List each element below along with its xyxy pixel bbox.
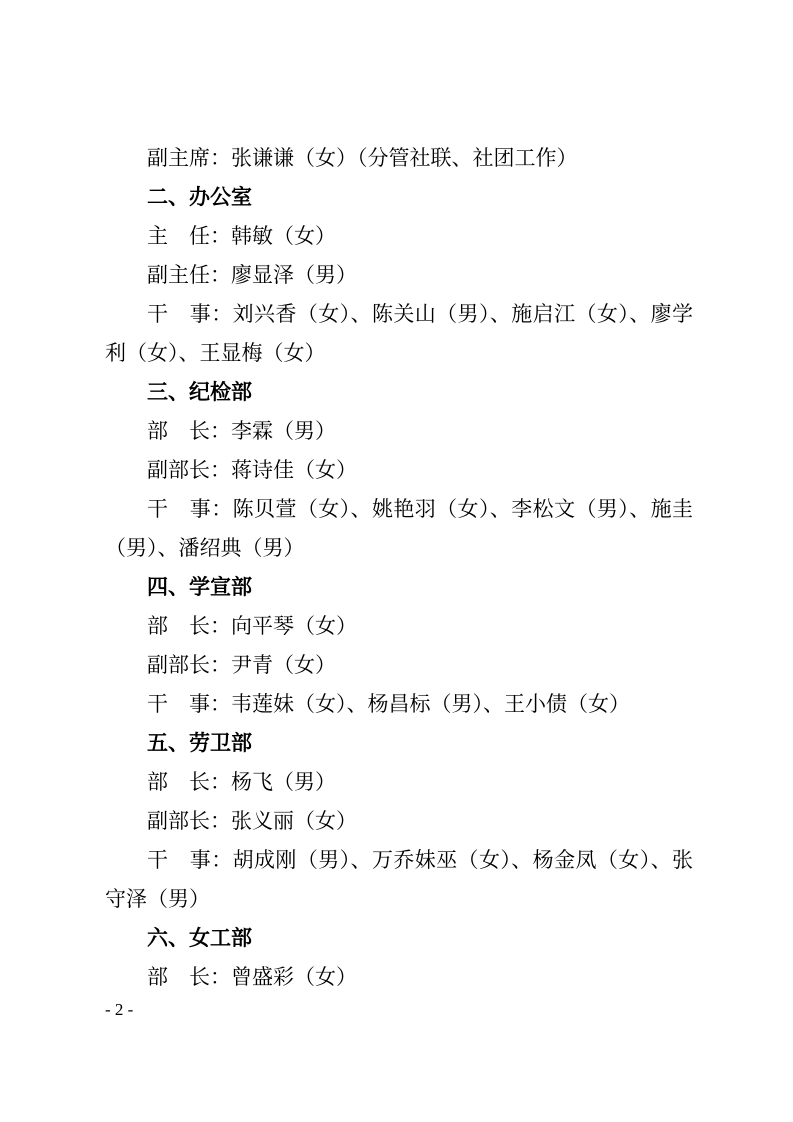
roster-line-discipline-staff: 干 事：陈贝萱（女）、姚艳羽（女）、李松文（男）、施圭（男）、潘绍典（男） (105, 490, 693, 568)
roster-line-discipline-chief: 部 长：李霖（男） (105, 412, 693, 451)
page-number: - 2 - (105, 998, 133, 1022)
document-body: 副主席：张谦谦（女）（分管社联、社团工作） 二、办公室 主 任：韩敏（女） 副主… (105, 139, 693, 997)
section-heading-study-publicity: 四、学宣部 (105, 568, 693, 607)
roster-line-women-workers-chief: 部 长：曾盛彩（女） (105, 958, 693, 997)
roster-line-labor-health-deputy-chief: 副部长：张义丽（女） (105, 802, 693, 841)
section-heading-office: 二、办公室 (105, 178, 693, 217)
roster-line-discipline-deputy-chief: 副部长：蒋诗佳（女） (105, 451, 693, 490)
roster-line-office-staff: 干 事：刘兴香（女）、陈关山（男）、施启江（女）、廖学利（女）、王显梅（女） (105, 295, 693, 373)
section-heading-women-workers: 六、女工部 (105, 919, 693, 958)
roster-line-labor-health-staff: 干 事：胡成刚（男）、万乔妹巫（女）、杨金凤（女）、张守泽（男） (105, 841, 693, 919)
roster-line-study-publicity-deputy-chief: 副部长：尹青（女） (105, 646, 693, 685)
document-page: 副主席：张谦谦（女）（分管社联、社团工作） 二、办公室 主 任：韩敏（女） 副主… (0, 0, 793, 1122)
section-heading-discipline: 三、纪检部 (105, 373, 693, 412)
section-heading-labor-health: 五、劳卫部 (105, 724, 693, 763)
roster-line-office-deputy-director: 副主任：廖显泽（男） (105, 256, 693, 295)
paragraph-vice-chairman: 副主席：张谦谦（女）（分管社联、社团工作） (105, 139, 693, 178)
roster-line-study-publicity-staff: 干 事：韦莲妹（女）、杨昌标（男）、王小债（女） (105, 685, 693, 724)
roster-line-office-director: 主 任：韩敏（女） (105, 217, 693, 256)
roster-line-study-publicity-chief: 部 长：向平琴（女） (105, 607, 693, 646)
roster-line-labor-health-chief: 部 长：杨飞（男） (105, 763, 693, 802)
